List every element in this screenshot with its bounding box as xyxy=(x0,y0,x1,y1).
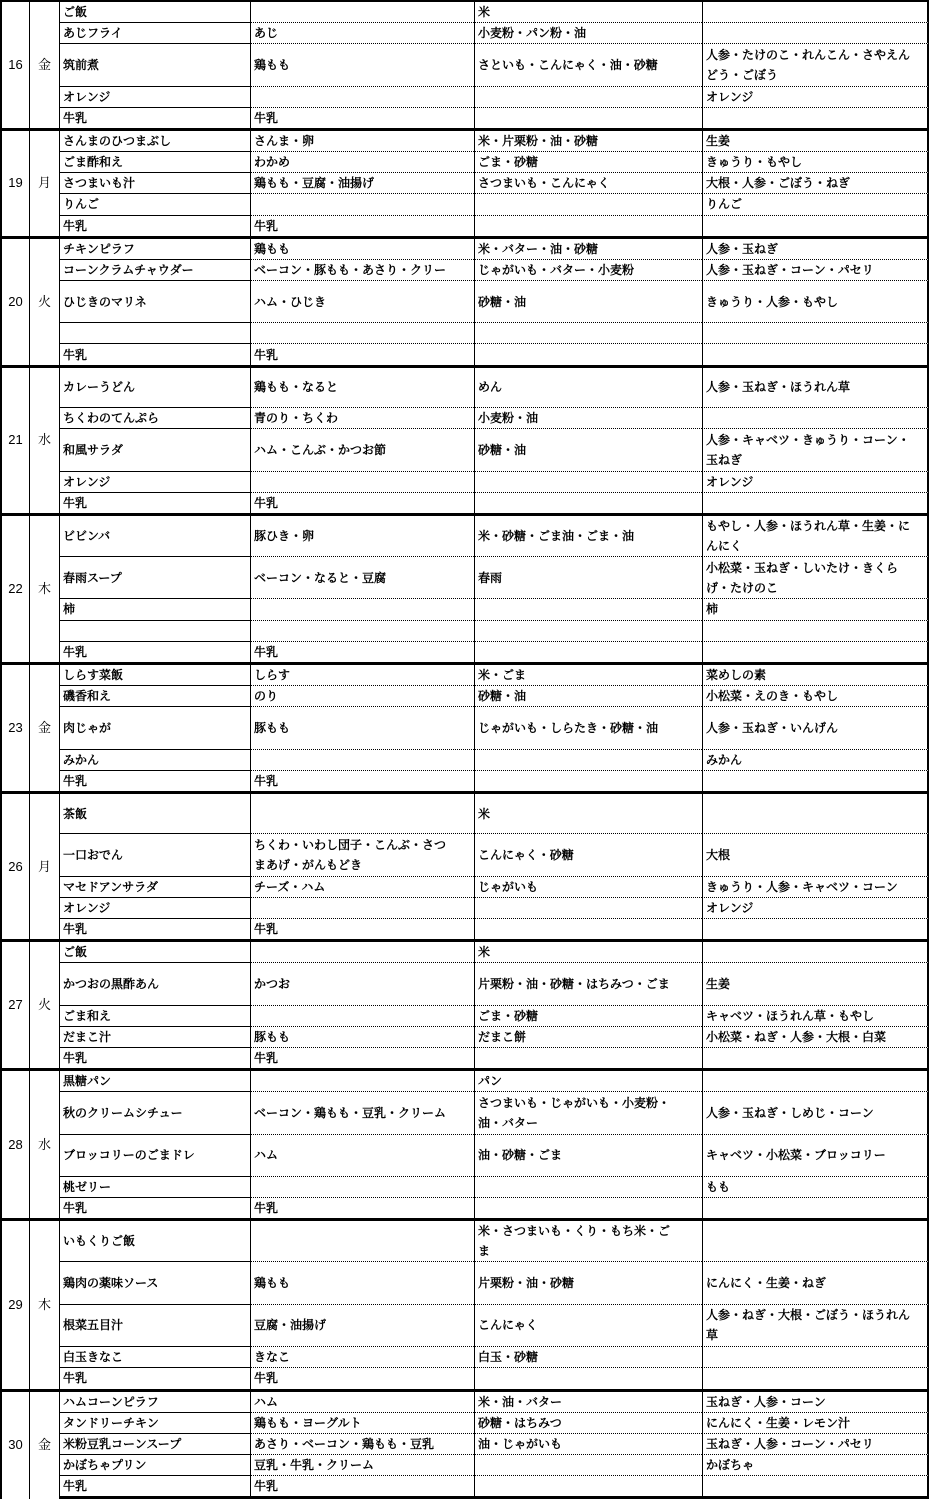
menu-row: かつおの黒酢あんかつお片栗粉・油・砂糖・はちみつ・ごま生姜 xyxy=(0,962,929,1004)
dish-cell: 桃ゼリー xyxy=(59,1176,250,1197)
dish-cell: さんまのひつまぶし xyxy=(59,128,250,151)
dish-cell: 鶏肉の薬味ソース xyxy=(59,1261,250,1303)
energy-cell: 砂糖・油 xyxy=(474,280,702,322)
menu-row: 19月さんまのひつまぶしさんま・卵米・片栗粉・油・砂糖生姜 xyxy=(0,128,929,151)
dish-cell: タンドリーチキン xyxy=(59,1412,250,1433)
protein-cell: ベーコン・豚もも・あさり・クリー xyxy=(250,259,474,280)
dish-cell: 春雨スープ xyxy=(59,556,250,598)
vegetables-cell: 小松菜・えのき・もやし xyxy=(702,685,929,706)
vegetables-cell: もやし・人参・ほうれん草・生姜・に んにく xyxy=(702,513,929,556)
date-cell: 27 xyxy=(0,939,29,1068)
menu-row: 筑前煮鶏ももさといも・こんにゃく・油・砂糖人参・たけのこ・れんこん・さやえん ど… xyxy=(0,43,929,85)
energy-cell: 米 xyxy=(474,0,702,22)
protein-cell: あさり・ベーコン・鶏もも・豆乳 xyxy=(250,1433,474,1454)
menu-row: 16金ご飯米 xyxy=(0,0,929,22)
menu-row: 29木いもくりご飯米・さつまいも・くり・もち米・ご ま xyxy=(0,1218,929,1261)
energy-cell: 米・片栗粉・油・砂糖 xyxy=(474,128,702,151)
vegetables-cell xyxy=(702,939,929,962)
vegetables-cell xyxy=(702,641,929,662)
energy-cell xyxy=(474,471,702,492)
weekday-cell: 木 xyxy=(29,1218,59,1388)
protein-cell: 鶏もも・なると xyxy=(250,365,474,407)
dish-cell: 柿 xyxy=(59,598,250,619)
vegetables-cell xyxy=(702,1068,929,1091)
protein-cell: 鶏もも xyxy=(250,43,474,85)
protein-cell: 鶏もも xyxy=(250,236,474,259)
protein-cell: のり xyxy=(250,685,474,706)
menu-row: 牛乳牛乳 xyxy=(0,1475,929,1499)
menu-row: 牛乳牛乳 xyxy=(0,1047,929,1068)
vegetables-cell xyxy=(702,1218,929,1261)
dish-cell: 根菜五目汁 xyxy=(59,1304,250,1346)
vegetables-cell: もも xyxy=(702,1176,929,1197)
menu-row: 鶏肉の薬味ソース鶏もも片栗粉・油・砂糖にんにく・生姜・ねぎ xyxy=(0,1261,929,1303)
vegetables-cell: 人参・玉ねぎ xyxy=(702,236,929,259)
dish-cell: オレンジ xyxy=(59,86,250,107)
dish-cell: 牛乳 xyxy=(59,770,250,791)
menu-row: りんごりんご xyxy=(0,193,929,214)
protein-cell: 牛乳 xyxy=(250,641,474,662)
dish-cell: ブロッコリーのごまドレ xyxy=(59,1134,250,1176)
vegetables-cell: オレンジ xyxy=(702,471,929,492)
protein-cell: 牛乳 xyxy=(250,1475,474,1499)
weekday-cell: 月 xyxy=(29,128,59,236)
energy-cell xyxy=(474,749,702,770)
protein-cell: 牛乳 xyxy=(250,1047,474,1068)
menu-row: 牛乳牛乳 xyxy=(0,770,929,791)
dish-cell: かつおの黒酢あん xyxy=(59,962,250,1004)
dish-cell: 牛乳 xyxy=(59,1475,250,1499)
vegetables-cell: 人参・玉ねぎ・ほうれん草 xyxy=(702,365,929,407)
energy-cell: じゃがいも・しらたき・砂糖・油 xyxy=(474,706,702,748)
vegetables-cell: 小松菜・玉ねぎ・しいたけ・きくら げ・たけのこ xyxy=(702,556,929,598)
menu-row: 桃ゼリーもも xyxy=(0,1176,929,1197)
vegetables-cell: きゅうり・もやし xyxy=(702,151,929,172)
vegetables-cell xyxy=(702,1197,929,1218)
menu-row: 牛乳牛乳 xyxy=(0,641,929,662)
date-cell: 30 xyxy=(0,1389,29,1499)
menu-row: 肉じゃが豚ももじゃがいも・しらたき・砂糖・油人参・玉ねぎ・いんげん xyxy=(0,706,929,748)
protein-cell: わかめ xyxy=(250,151,474,172)
menu-row: 磯香和えのり砂糖・油小松菜・えのき・もやし xyxy=(0,685,929,706)
dish-cell: 牛乳 xyxy=(59,918,250,939)
energy-cell xyxy=(474,322,702,343)
menu-row: 根菜五目汁豆腐・油揚げこんにゃく人参・ねぎ・大根・ごぼう・ほうれん 草 xyxy=(0,1304,929,1346)
dish-cell: マセドアンサラダ xyxy=(59,876,250,897)
menu-table-body: 16金ご飯米あじフライあじ小麦粉・パン粉・油筑前煮鶏ももさといも・こんにゃく・油… xyxy=(0,0,929,1499)
menu-row: 柿柿 xyxy=(0,598,929,619)
dish-cell: ご飯 xyxy=(59,939,250,962)
energy-cell: 小麦粉・油 xyxy=(474,407,702,428)
menu-row: だまこ汁豚ももだまこ餅小松菜・ねぎ・人参・大根・白菜 xyxy=(0,1026,929,1047)
weekday-cell: 水 xyxy=(29,1068,59,1218)
menu-row: 30金ハムコーンピラフハム米・油・バター玉ねぎ・人参・コーン xyxy=(0,1389,929,1412)
dish-cell: みかん xyxy=(59,749,250,770)
menu-row: オレンジオレンジ xyxy=(0,86,929,107)
menu-row: オレンジオレンジ xyxy=(0,897,929,918)
energy-cell: 油・じゃがいも xyxy=(474,1433,702,1454)
protein-cell xyxy=(250,620,474,641)
vegetables-cell xyxy=(702,22,929,43)
energy-cell xyxy=(474,86,702,107)
vegetables-cell xyxy=(702,1367,929,1388)
dish-cell: 牛乳 xyxy=(59,1197,250,1218)
vegetables-cell: 人参・玉ねぎ・いんげん xyxy=(702,706,929,748)
energy-cell: パン xyxy=(474,1068,702,1091)
protein-cell: しらす xyxy=(250,662,474,685)
vegetables-cell xyxy=(702,492,929,513)
energy-cell: さつまいも・こんにゃく xyxy=(474,172,702,193)
dish-cell: ちくわのてんぷら xyxy=(59,407,250,428)
dish-cell: チキンピラフ xyxy=(59,236,250,259)
dish-cell: 肉じゃが xyxy=(59,706,250,748)
vegetables-cell: きゅうり・人参・もやし xyxy=(702,280,929,322)
menu-row: 牛乳牛乳 xyxy=(0,343,929,364)
dish-cell: しらす菜飯 xyxy=(59,662,250,685)
vegetables-cell: 玉ねぎ・人参・コーン・パセリ xyxy=(702,1433,929,1454)
menu-row: 牛乳牛乳 xyxy=(0,918,929,939)
energy-cell xyxy=(474,620,702,641)
weekday-cell: 金 xyxy=(29,662,59,791)
menu-row: みかんみかん xyxy=(0,749,929,770)
energy-cell: めん xyxy=(474,365,702,407)
energy-cell: 米・ごま xyxy=(474,662,702,685)
vegetables-cell: 人参・たけのこ・れんこん・さやえん どう・ごぼう xyxy=(702,43,929,85)
menu-row: ちくわのてんぷら青のり・ちくわ小麦粉・油 xyxy=(0,407,929,428)
dish-cell: オレンジ xyxy=(59,471,250,492)
protein-cell: あじ xyxy=(250,22,474,43)
energy-cell xyxy=(474,215,702,236)
dish-cell: ごま和え xyxy=(59,1005,250,1026)
energy-cell xyxy=(474,918,702,939)
dish-cell: 一口おでん xyxy=(59,833,250,875)
energy-cell: 片栗粉・油・砂糖・はちみつ・ごま xyxy=(474,962,702,1004)
vegetables-cell: 人参・キャベツ・きゅうり・コーン・ 玉ねぎ xyxy=(702,428,929,470)
vegetables-cell: 菜めしの素 xyxy=(702,662,929,685)
vegetables-cell xyxy=(702,0,929,22)
menu-row: さつまいも汁鶏もも・豆腐・油揚げさつまいも・こんにゃく大根・人参・ごぼう・ねぎ xyxy=(0,172,929,193)
protein-cell: ハム・ひじき xyxy=(250,280,474,322)
energy-cell: だまこ餅 xyxy=(474,1026,702,1047)
dish-cell: 牛乳 xyxy=(59,107,250,128)
menu-row: 20火チキンピラフ鶏もも米・バター・油・砂糖人参・玉ねぎ xyxy=(0,236,929,259)
weekday-cell: 火 xyxy=(29,939,59,1068)
menu-row: オレンジオレンジ xyxy=(0,471,929,492)
energy-cell xyxy=(474,1475,702,1499)
dish-cell: ビビンバ xyxy=(59,513,250,556)
energy-cell: さといも・こんにゃく・油・砂糖 xyxy=(474,43,702,85)
menu-row: 牛乳牛乳 xyxy=(0,1367,929,1388)
vegetables-cell: 人参・ねぎ・大根・ごぼう・ほうれん 草 xyxy=(702,1304,929,1346)
energy-cell: 砂糖・油 xyxy=(474,685,702,706)
vegetables-cell xyxy=(702,343,929,364)
menu-row: ブロッコリーのごまドレハム油・砂糖・ごまキャベツ・小松菜・ブロッコリー xyxy=(0,1134,929,1176)
energy-cell: こんにゃく xyxy=(474,1304,702,1346)
energy-cell xyxy=(474,107,702,128)
energy-cell: 米・砂糖・ごま油・ごま・油 xyxy=(474,513,702,556)
vegetables-cell: 生姜 xyxy=(702,128,929,151)
protein-cell: 鶏もも・ヨーグルト xyxy=(250,1412,474,1433)
protein-cell xyxy=(250,0,474,22)
vegetables-cell: にんにく・生姜・ねぎ xyxy=(702,1261,929,1303)
vegetables-cell: 人参・玉ねぎ・コーン・パセリ xyxy=(702,259,929,280)
vegetables-cell xyxy=(702,1346,929,1367)
dish-cell: オレンジ xyxy=(59,897,250,918)
protein-cell: 牛乳 xyxy=(250,770,474,791)
energy-cell: じゃがいも・バター・小麦粉 xyxy=(474,259,702,280)
dish-cell: 筑前煮 xyxy=(59,43,250,85)
dish-cell: 牛乳 xyxy=(59,1047,250,1068)
energy-cell xyxy=(474,897,702,918)
lunch-menu-table: 16金ご飯米あじフライあじ小麦粉・パン粉・油筑前煮鶏ももさといも・こんにゃく・油… xyxy=(0,0,929,1499)
vegetables-cell: 柿 xyxy=(702,598,929,619)
menu-row: 21水カレーうどん鶏もも・なるとめん人参・玉ねぎ・ほうれん草 xyxy=(0,365,929,407)
menu-row: 牛乳牛乳 xyxy=(0,215,929,236)
vegetables-cell xyxy=(702,1475,929,1499)
vegetables-cell xyxy=(702,791,929,833)
dish-cell xyxy=(59,322,250,343)
menu-row: ごま和えごま・砂糖キャベツ・ほうれん草・もやし xyxy=(0,1005,929,1026)
vegetables-cell xyxy=(702,1047,929,1068)
protein-cell: ベーコン・鶏もも・豆乳・クリーム xyxy=(250,1091,474,1133)
protein-cell xyxy=(250,322,474,343)
vegetables-cell: 大根 xyxy=(702,833,929,875)
protein-cell: 牛乳 xyxy=(250,1197,474,1218)
dish-cell: さつまいも汁 xyxy=(59,172,250,193)
energy-cell: 油・砂糖・ごま xyxy=(474,1134,702,1176)
protein-cell: 豚もも xyxy=(250,706,474,748)
dish-cell: ごま酢和え xyxy=(59,151,250,172)
protein-cell xyxy=(250,749,474,770)
energy-cell: 米・さつまいも・くり・もち米・ご ま xyxy=(474,1218,702,1261)
menu-row xyxy=(0,620,929,641)
energy-cell: さつまいも・じゃがいも・小麦粉・ 油・バター xyxy=(474,1091,702,1133)
vegetables-cell: 人参・玉ねぎ・しめじ・コーン xyxy=(702,1091,929,1133)
dish-cell: りんご xyxy=(59,193,250,214)
date-cell: 29 xyxy=(0,1218,29,1388)
energy-cell: 米・バター・油・砂糖 xyxy=(474,236,702,259)
energy-cell xyxy=(474,1197,702,1218)
vegetables-cell: オレンジ xyxy=(702,897,929,918)
dish-cell xyxy=(59,620,250,641)
protein-cell xyxy=(250,1218,474,1261)
energy-cell: じゃがいも xyxy=(474,876,702,897)
menu-row: タンドリーチキン鶏もも・ヨーグルト砂糖・はちみつにんにく・生姜・レモン汁 xyxy=(0,1412,929,1433)
date-cell: 20 xyxy=(0,236,29,365)
protein-cell xyxy=(250,598,474,619)
protein-cell: ハム xyxy=(250,1134,474,1176)
dish-cell: 黒糖パン xyxy=(59,1068,250,1091)
date-cell: 16 xyxy=(0,0,29,128)
protein-cell xyxy=(250,1005,474,1026)
energy-cell: ごま・砂糖 xyxy=(474,151,702,172)
menu-row: 米粉豆乳コーンスープあさり・ベーコン・鶏もも・豆乳油・じゃがいも玉ねぎ・人参・コ… xyxy=(0,1433,929,1454)
dish-cell: ハムコーンピラフ xyxy=(59,1389,250,1412)
menu-row: 牛乳牛乳 xyxy=(0,107,929,128)
protein-cell: 牛乳 xyxy=(250,107,474,128)
dish-cell: 和風サラダ xyxy=(59,428,250,470)
menu-row: 26月茶飯米 xyxy=(0,791,929,833)
vegetables-cell xyxy=(702,407,929,428)
menu-row: 牛乳牛乳 xyxy=(0,492,929,513)
dish-cell: 牛乳 xyxy=(59,641,250,662)
vegetables-cell: キャベツ・小松菜・ブロッコリー xyxy=(702,1134,929,1176)
protein-cell: さんま・卵 xyxy=(250,128,474,151)
energy-cell xyxy=(474,1047,702,1068)
menu-row: 22木ビビンバ豚ひき・卵米・砂糖・ごま油・ごま・油もやし・人参・ほうれん草・生姜… xyxy=(0,513,929,556)
dish-cell: ひじきのマリネ xyxy=(59,280,250,322)
vegetables-cell: 玉ねぎ・人参・コーン xyxy=(702,1389,929,1412)
menu-row: ひじきのマリネハム・ひじき砂糖・油きゅうり・人参・もやし xyxy=(0,280,929,322)
dish-cell: 米粉豆乳コーンスープ xyxy=(59,1433,250,1454)
menu-row: 23金しらす菜飯しらす米・ごま菜めしの素 xyxy=(0,662,929,685)
protein-cell: チーズ・ハム xyxy=(250,876,474,897)
protein-cell: 豚もも xyxy=(250,1026,474,1047)
protein-cell: 牛乳 xyxy=(250,343,474,364)
energy-cell: 米 xyxy=(474,791,702,833)
energy-cell: 砂糖・はちみつ xyxy=(474,1412,702,1433)
lunch-menu-sheet: 16金ご飯米あじフライあじ小麦粉・パン粉・油筑前煮鶏ももさといも・こんにゃく・油… xyxy=(0,0,929,1499)
menu-row: ごま酢和えわかめごま・砂糖きゅうり・もやし xyxy=(0,151,929,172)
menu-row: あじフライあじ小麦粉・パン粉・油 xyxy=(0,22,929,43)
protein-cell: ベーコン・なると・豆腐 xyxy=(250,556,474,598)
energy-cell xyxy=(474,770,702,791)
date-cell: 23 xyxy=(0,662,29,791)
menu-row: かぼちゃプリン豆乳・牛乳・クリームかぼちゃ xyxy=(0,1454,929,1475)
weekday-cell: 木 xyxy=(29,513,59,662)
date-cell: 26 xyxy=(0,791,29,939)
protein-cell: 豆腐・油揚げ xyxy=(250,1304,474,1346)
date-cell: 22 xyxy=(0,513,29,662)
menu-row: コーンクラムチャウダーベーコン・豚もも・あさり・クリーじゃがいも・バター・小麦粉… xyxy=(0,259,929,280)
vegetables-cell: にんにく・生姜・レモン汁 xyxy=(702,1412,929,1433)
dish-cell: 秋のクリームシチュー xyxy=(59,1091,250,1133)
vegetables-cell: かぼちゃ xyxy=(702,1454,929,1475)
dish-cell: 磯香和え xyxy=(59,685,250,706)
vegetables-cell xyxy=(702,322,929,343)
protein-cell xyxy=(250,791,474,833)
protein-cell xyxy=(250,939,474,962)
protein-cell: 鶏もも xyxy=(250,1261,474,1303)
energy-cell: 片栗粉・油・砂糖 xyxy=(474,1261,702,1303)
energy-cell xyxy=(474,641,702,662)
energy-cell: ごま・砂糖 xyxy=(474,1005,702,1026)
dish-cell: 白玉きなこ xyxy=(59,1346,250,1367)
vegetables-cell xyxy=(702,107,929,128)
energy-cell: 春雨 xyxy=(474,556,702,598)
energy-cell xyxy=(474,1454,702,1475)
dish-cell: あじフライ xyxy=(59,22,250,43)
protein-cell xyxy=(250,1068,474,1091)
protein-cell: 牛乳 xyxy=(250,918,474,939)
dish-cell: 牛乳 xyxy=(59,343,250,364)
vegetables-cell: きゅうり・人参・キャベツ・コーン xyxy=(702,876,929,897)
protein-cell: きなこ xyxy=(250,1346,474,1367)
protein-cell: ハム xyxy=(250,1389,474,1412)
protein-cell: ちくわ・いわし団子・こんぶ・さつ まあげ・がんもどき xyxy=(250,833,474,875)
protein-cell: ハム・こんぶ・かつお節 xyxy=(250,428,474,470)
vegetables-cell: 生姜 xyxy=(702,962,929,1004)
energy-cell: 小麦粉・パン粉・油 xyxy=(474,22,702,43)
menu-row: 27火ご飯米 xyxy=(0,939,929,962)
vegetables-cell: キャベツ・ほうれん草・もやし xyxy=(702,1005,929,1026)
protein-cell xyxy=(250,193,474,214)
protein-cell: かつお xyxy=(250,962,474,1004)
protein-cell: 牛乳 xyxy=(250,492,474,513)
dish-cell: コーンクラムチャウダー xyxy=(59,259,250,280)
energy-cell xyxy=(474,492,702,513)
vegetables-cell xyxy=(702,918,929,939)
protein-cell: 豚ひき・卵 xyxy=(250,513,474,556)
energy-cell: 砂糖・油 xyxy=(474,428,702,470)
protein-cell xyxy=(250,897,474,918)
energy-cell: 米・油・バター xyxy=(474,1389,702,1412)
protein-cell: 豆乳・牛乳・クリーム xyxy=(250,1454,474,1475)
weekday-cell: 月 xyxy=(29,791,59,939)
vegetables-cell: オレンジ xyxy=(702,86,929,107)
menu-row: 28水黒糖パンパン xyxy=(0,1068,929,1091)
menu-row: 牛乳牛乳 xyxy=(0,1197,929,1218)
weekday-cell: 金 xyxy=(29,0,59,128)
protein-cell: 牛乳 xyxy=(250,1367,474,1388)
date-cell: 19 xyxy=(0,128,29,236)
energy-cell: 米 xyxy=(474,939,702,962)
weekday-cell: 金 xyxy=(29,1389,59,1499)
protein-cell: 牛乳 xyxy=(250,215,474,236)
menu-row: 和風サラダハム・こんぶ・かつお節砂糖・油人参・キャベツ・きゅうり・コーン・ 玉ね… xyxy=(0,428,929,470)
energy-cell xyxy=(474,598,702,619)
menu-row xyxy=(0,322,929,343)
menu-row: 春雨スープベーコン・なると・豆腐春雨小松菜・玉ねぎ・しいたけ・きくら げ・たけの… xyxy=(0,556,929,598)
vegetables-cell xyxy=(702,770,929,791)
dish-cell: かぼちゃプリン xyxy=(59,1454,250,1475)
menu-row: 秋のクリームシチューベーコン・鶏もも・豆乳・クリームさつまいも・じゃがいも・小麦… xyxy=(0,1091,929,1133)
dish-cell: 牛乳 xyxy=(59,1367,250,1388)
menu-row: 白玉きなこきなこ白玉・砂糖 xyxy=(0,1346,929,1367)
energy-cell xyxy=(474,193,702,214)
vegetables-cell: りんご xyxy=(702,193,929,214)
protein-cell xyxy=(250,471,474,492)
protein-cell: 青のり・ちくわ xyxy=(250,407,474,428)
menu-row: 一口おでんちくわ・いわし団子・こんぶ・さつ まあげ・がんもどきこんにゃく・砂糖大… xyxy=(0,833,929,875)
vegetables-cell xyxy=(702,215,929,236)
protein-cell xyxy=(250,86,474,107)
dish-cell: カレーうどん xyxy=(59,365,250,407)
menu-row: マセドアンサラダチーズ・ハムじゃがいもきゅうり・人参・キャベツ・コーン xyxy=(0,876,929,897)
weekday-cell: 水 xyxy=(29,365,59,513)
energy-cell xyxy=(474,1367,702,1388)
energy-cell xyxy=(474,343,702,364)
vegetables-cell: みかん xyxy=(702,749,929,770)
energy-cell xyxy=(474,1176,702,1197)
date-cell: 21 xyxy=(0,365,29,513)
vegetables-cell: 大根・人参・ごぼう・ねぎ xyxy=(702,172,929,193)
protein-cell: 鶏もも・豆腐・油揚げ xyxy=(250,172,474,193)
date-cell: 28 xyxy=(0,1068,29,1218)
energy-cell: 白玉・砂糖 xyxy=(474,1346,702,1367)
dish-cell: 牛乳 xyxy=(59,492,250,513)
dish-cell: 牛乳 xyxy=(59,215,250,236)
dish-cell: だまこ汁 xyxy=(59,1026,250,1047)
energy-cell: こんにゃく・砂糖 xyxy=(474,833,702,875)
vegetables-cell: 小松菜・ねぎ・人参・大根・白菜 xyxy=(702,1026,929,1047)
dish-cell: いもくりご飯 xyxy=(59,1218,250,1261)
dish-cell: 茶飯 xyxy=(59,791,250,833)
protein-cell xyxy=(250,1176,474,1197)
dish-cell: ご飯 xyxy=(59,0,250,22)
weekday-cell: 火 xyxy=(29,236,59,365)
vegetables-cell xyxy=(702,620,929,641)
